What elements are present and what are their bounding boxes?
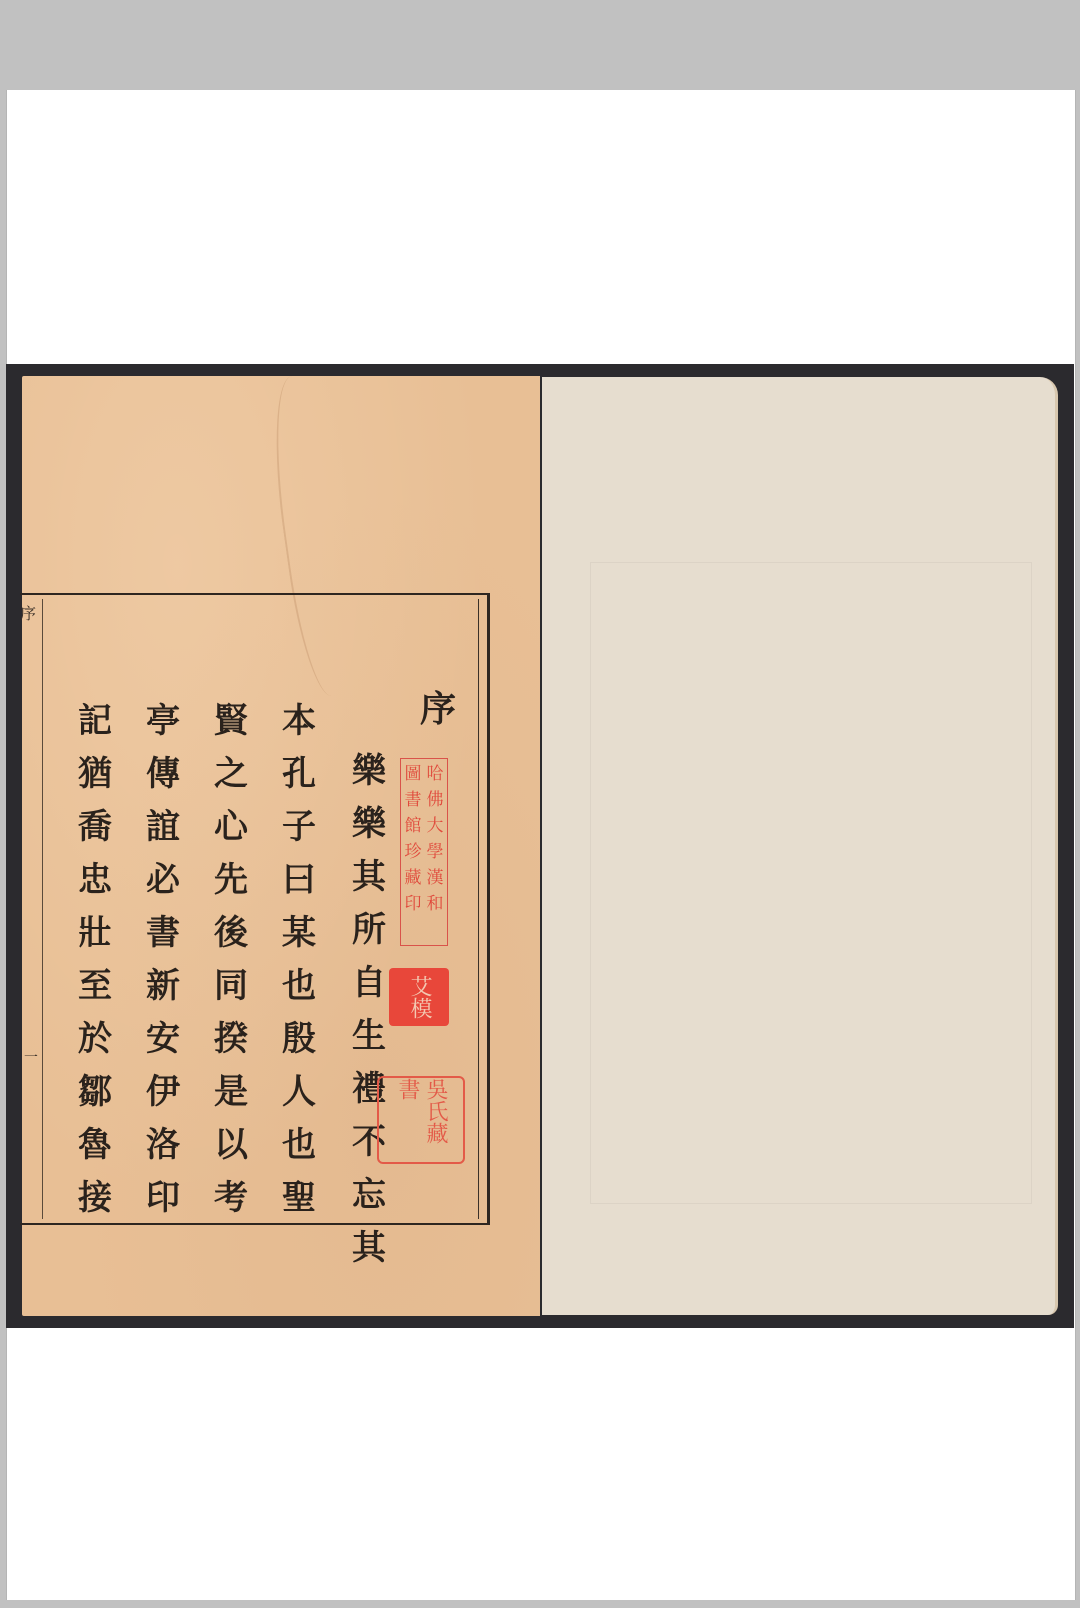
char: 聖 bbox=[282, 1172, 316, 1225]
seal-char: 印 bbox=[402, 891, 424, 917]
char: 壯 bbox=[78, 907, 112, 960]
char: 至 bbox=[78, 960, 112, 1013]
char: 傳 bbox=[146, 748, 180, 801]
margin-page-number: 一 bbox=[24, 1047, 38, 1067]
seal-char: 圖 bbox=[402, 761, 424, 787]
right-page-blank bbox=[542, 377, 1058, 1315]
seal-char: 珍 bbox=[402, 839, 424, 865]
char: 喬 bbox=[78, 801, 112, 854]
frame-inner-line bbox=[478, 599, 479, 1219]
show-through-frame bbox=[590, 562, 1032, 1204]
char: 殷 bbox=[282, 1013, 316, 1066]
char: 忠 bbox=[78, 854, 112, 907]
char: 鄒 bbox=[78, 1066, 112, 1119]
char: 也 bbox=[282, 1119, 316, 1172]
char: 自 bbox=[352, 957, 386, 1010]
seal-char: 哈 bbox=[424, 761, 446, 787]
char: 新 bbox=[146, 960, 180, 1013]
char: 亭 bbox=[146, 695, 180, 748]
fold-line bbox=[42, 599, 43, 1219]
collector-seal-outline: 吳氏藏書 bbox=[377, 1076, 465, 1164]
char: 書 bbox=[146, 907, 180, 960]
seal-char: 佛 bbox=[424, 787, 446, 813]
preface-title: 序 bbox=[420, 683, 456, 736]
char: 子 bbox=[282, 801, 316, 854]
text-column-1: 樂 樂 其 所 自 生 禮 不 忘 其 bbox=[352, 745, 386, 1275]
char: 洛 bbox=[146, 1119, 180, 1172]
char: 人 bbox=[282, 1066, 316, 1119]
char: 安 bbox=[146, 1013, 180, 1066]
char: 同 bbox=[214, 960, 248, 1013]
char: 心 bbox=[214, 801, 248, 854]
text-column-5: 記 猶 喬 忠 壯 至 於 鄒 魯 接 bbox=[78, 695, 112, 1225]
text-column-2: 本 孔 子 曰 某 也 殷 人 也 聖 bbox=[282, 695, 316, 1225]
seal-char: 漢 bbox=[424, 865, 446, 891]
left-page: 序 一 序 樂 樂 其 所 自 生 禮 不 忘 其 本 孔 子 曰 某 也 殷 … bbox=[22, 376, 540, 1316]
seal-char: 書 bbox=[402, 787, 424, 813]
char: 本 bbox=[282, 695, 316, 748]
char: 猶 bbox=[78, 748, 112, 801]
char: 魯 bbox=[78, 1119, 112, 1172]
char: 忘 bbox=[352, 1169, 386, 1222]
text-column-4: 亭 傳 誼 必 書 新 安 伊 洛 印 bbox=[146, 695, 180, 1225]
char: 樂 bbox=[352, 745, 386, 798]
char: 印 bbox=[146, 1172, 180, 1225]
collector-seal-solid: 艾模 bbox=[389, 968, 449, 1026]
char: 先 bbox=[214, 854, 248, 907]
harvard-yenching-library-seal: 圖 書 館 珍 藏 印 哈 佛 大 學 漢 和 bbox=[400, 758, 448, 946]
char: 其 bbox=[352, 851, 386, 904]
text-column-3: 賢 之 心 先 後 同 揆 是 以 考 bbox=[214, 695, 248, 1225]
char: 必 bbox=[146, 854, 180, 907]
margin-mark-top: 序 bbox=[20, 601, 36, 624]
char: 之 bbox=[214, 748, 248, 801]
char: 考 bbox=[214, 1172, 248, 1225]
char: 誼 bbox=[146, 801, 180, 854]
seal-char: 藏 bbox=[402, 865, 424, 891]
seal-char: 學 bbox=[424, 839, 446, 865]
char: 某 bbox=[282, 907, 316, 960]
char: 以 bbox=[214, 1119, 248, 1172]
char: 後 bbox=[214, 907, 248, 960]
char: 於 bbox=[78, 1013, 112, 1066]
char: 也 bbox=[282, 960, 316, 1013]
char: 伊 bbox=[146, 1066, 180, 1119]
char: 賢 bbox=[214, 695, 248, 748]
char: 其 bbox=[352, 1222, 386, 1275]
char: 孔 bbox=[282, 748, 316, 801]
char: 曰 bbox=[282, 854, 316, 907]
seal-char: 和 bbox=[424, 891, 446, 917]
title-column: 序 bbox=[420, 683, 456, 736]
char: 接 bbox=[78, 1172, 112, 1225]
char: 所 bbox=[352, 904, 386, 957]
char: 生 bbox=[352, 1010, 386, 1063]
char: 樂 bbox=[352, 798, 386, 851]
char: 揆 bbox=[214, 1013, 248, 1066]
seal-char: 館 bbox=[402, 813, 424, 839]
seal-char: 大 bbox=[424, 813, 446, 839]
char: 是 bbox=[214, 1066, 248, 1119]
char: 記 bbox=[78, 695, 112, 748]
